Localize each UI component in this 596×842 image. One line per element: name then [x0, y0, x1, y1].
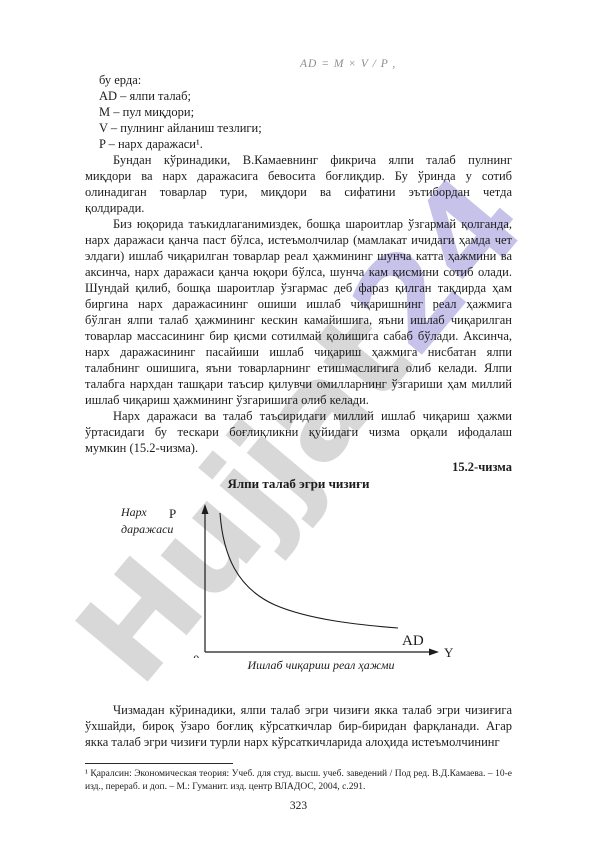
page-content: AD = M × V / P , бу ерда: AD – ялпи тала…: [0, 0, 596, 812]
text-line: ўртасидаги бу тескари боғлиқликни қуйида…: [85, 424, 512, 440]
x-axis-caption: Ишлаб чиқариш реал ҳажми: [205, 658, 437, 673]
origin-label: 0: [193, 652, 200, 658]
paragraph-2: Биз юқорида таъкидлаганимиздек, бошқа ша…: [85, 216, 512, 408]
text-line: биргина нарх даражасининг ошиши ишлаб чи…: [85, 296, 512, 312]
definition-line: M – пул миқдори;: [85, 104, 512, 120]
ad-demand-curve: [220, 513, 398, 628]
text-line: ўхшайди, бироқ ўзаро боғлиқ кўрсаткичлар…: [85, 718, 512, 734]
figure-number-label: 15.2-чизма: [85, 459, 512, 475]
definition-line: AD – ялпи талаб;: [85, 88, 512, 104]
x-axis-symbol-label: Y: [444, 645, 454, 658]
definitions-lead: бу ерда:: [85, 72, 512, 88]
text-line: миқдори ва нарх даражасига бевосита боғл…: [85, 168, 512, 184]
text-line: талабнинг ошишига, яъни товарларнинг ети…: [85, 360, 512, 376]
text-line: бўлган ялпи талаб ҳажмининг кескин камай…: [85, 312, 512, 328]
text-line: Нарх даражаси ва талаб таъсиридаги милли…: [85, 408, 512, 424]
x-axis-arrow-icon: [429, 649, 439, 656]
paragraph-3: Нарх даражаси ва талаб таъсиридаги милли…: [85, 408, 512, 456]
definition-line: V – пулнинг айланиш тезлиги;: [85, 120, 512, 136]
text-line: товарлар массасининг бир қисми сотилмай …: [85, 328, 512, 344]
text-line: олинадиган товарлар тури, миқдори ва сиф…: [85, 184, 512, 200]
aggregate-demand-chart: Нарх даражаси P 0 Y AD Ишлаб чиқариш реа…: [85, 500, 512, 676]
footnote-separator: [85, 763, 233, 764]
figure-title: Ялпи талаб эгри чизиғи: [85, 476, 512, 492]
text-line: якка талаб эгри чизиғи турли нарх кўрсат…: [85, 734, 512, 750]
definition-line: P – нарх даражаси¹.: [85, 136, 512, 152]
text-line: Биз юқорида таъкидлаганимиздек, бошқа ша…: [85, 216, 512, 232]
footnote: ¹ Қаралсин: Экономическая теория: Учеб. …: [85, 763, 512, 793]
paragraph-4: Чизмадан кўринадики, ялпи талаб эгри чиз…: [85, 702, 512, 750]
text-line: Шундай қилиб, бошқа шароитлар ўзгармас д…: [85, 280, 512, 296]
text-line: Чизмадан кўринадики, ялпи талаб эгри чиз…: [85, 702, 512, 718]
text-line: аксинча, нарх даражаси қанча юқори бўлса…: [85, 264, 512, 280]
definitions-list: AD – ялпи талаб;M – пул миқдори;V – пулн…: [85, 88, 512, 152]
text-line: талабга нархдан ташқари таъсир қилувчи о…: [85, 376, 512, 392]
document-page: Hujjat24 AD = M × V / P , бу ерда: AD – …: [0, 0, 596, 842]
text-line: мумкин (15.2-чизма).: [85, 440, 512, 456]
chart-canvas: P 0 Y AD: [85, 500, 512, 658]
formula-aggregate-demand: AD = M × V / P ,: [85, 56, 512, 72]
footnote-line: изд., перераб. и доп. – М.: Гуманит. изд…: [85, 781, 512, 794]
y-axis-symbol-label: P: [169, 506, 176, 521]
paragraph-1: Бундан кўринадики, В.Камаевнинг фикрича …: [85, 152, 512, 216]
text-line: ишлаб чиқариш ҳажмининг ўзгаришига олиб …: [85, 392, 512, 408]
page-number: 323: [85, 800, 512, 812]
text-line: элдаги) ишлаб чиқарилган товарлар реал ҳ…: [85, 248, 512, 264]
y-axis-arrow-icon: [202, 504, 209, 514]
footnote-line: ¹ Қаралсин: Экономическая теория: Учеб. …: [85, 768, 512, 781]
text-line: Бундан кўринадики, В.Камаевнинг фикрича …: [85, 152, 512, 168]
curve-label-ad: AD: [402, 633, 424, 649]
text-line: қолдиради.: [85, 200, 512, 216]
text-line: нарх даражасининг пасайиши ишлаб чиқариш…: [85, 344, 512, 360]
text-line: нарх даражаси қанча паст бўлса, истеъмол…: [85, 232, 512, 248]
